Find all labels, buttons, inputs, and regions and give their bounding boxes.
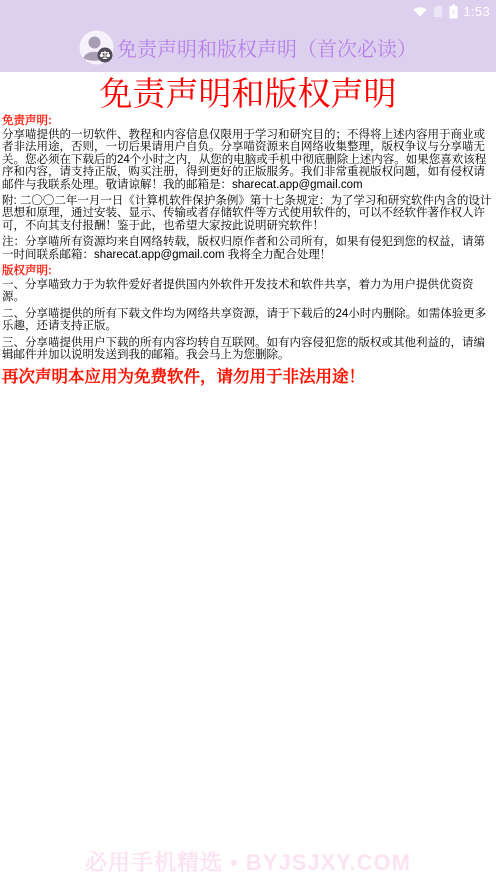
no-sim-icon (432, 5, 444, 18)
status-bar: 1:53 (0, 0, 496, 22)
section-label-disclaimer: 免责声明: (2, 115, 494, 128)
battery-charging-icon (449, 4, 458, 19)
page-title: 免责声明和版权声明 (2, 75, 494, 112)
copyright-paragraph: 三、分享喵提供用户下载的所有内容均转自互联网。如有内容侵犯您的版权或其他利益的，… (2, 337, 494, 362)
app-title: 免责声明和版权声明（首次必读） (117, 33, 417, 62)
status-time: 1:53 (463, 4, 490, 19)
disclaimer-paragraph: 分享喵提供的一切软件、教程和内容信息仅限用于学习和研究目的；不得将上述内容用于商… (2, 129, 494, 191)
disclaimer-paragraph: 注：分享喵所有资源均来自网络转载，版权归原作者和公司所有，如果有侵犯到您的权益，… (2, 236, 494, 261)
copyright-paragraph: 二、分享喵提供的所有下载文件均为网络共享资源，请于下载后的24小时内删除。如需体… (2, 308, 494, 333)
disclaimer-content[interactable]: 免责声明和版权声明 免责声明: 分享喵提供的一切软件、教程和内容信息仅限用于学习… (0, 72, 496, 387)
final-notice: 再次声明本应用为免费软件，请勿用于非法用途！ (2, 368, 494, 387)
app-header: 免责声明和版权声明（首次必读） (0, 22, 496, 72)
disclaimer-paragraph: 附: 二〇〇二年一月一日《计算机软件保护条例》第十七条规定：为了学习和研究软件内… (2, 195, 494, 232)
app-screen: 1:53 免责声明和版权声明（首次必读） 免责声明和版权声明 免责声明: 分享喵… (0, 0, 496, 883)
person-scale-icon (79, 30, 114, 65)
section-label-copyright: 版权声明: (2, 265, 494, 278)
copyright-paragraph: 一、分享喵致力于为软件爱好者提供国内外软件开发技术和软件共享，着力为用户提供优资… (2, 279, 494, 304)
watermark: 必用手机精选 • BYJSJXY.COM (0, 846, 496, 877)
wifi-icon (413, 5, 427, 17)
